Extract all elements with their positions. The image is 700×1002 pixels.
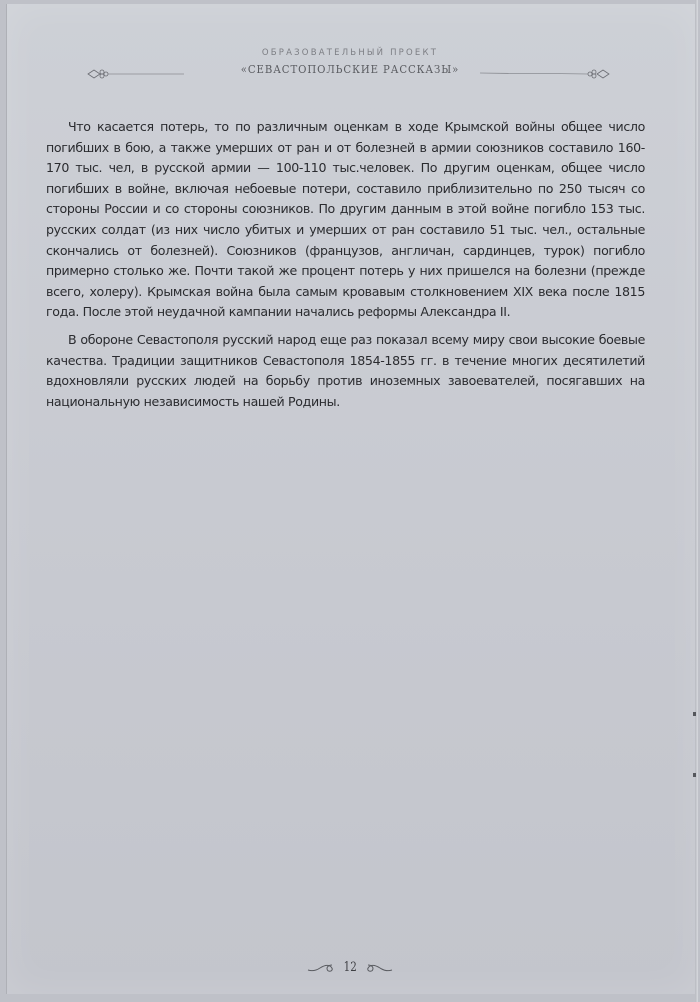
swirl-right-icon [364,960,394,974]
page-edge [695,0,698,1002]
ornament-left-icon [86,68,186,80]
ornament-right-icon [480,68,613,80]
page-footer: 12 [0,958,700,982]
header-subtitle: ОБРАЗОВАТЕЛЬНЫЙ ПРОЕКТ [0,48,700,58]
binding-staple-mark [693,712,696,716]
paragraph-losses: Что касается потерь, то по различным оце… [46,117,645,323]
binding-staple-mark [693,773,696,777]
paragraph-defense: В обороне Севастополя русский народ еще … [46,330,645,412]
body-text: Что касается потерь, то по различным оце… [46,117,645,419]
page-number: 12 [343,960,356,975]
swirl-left-icon [306,960,336,974]
